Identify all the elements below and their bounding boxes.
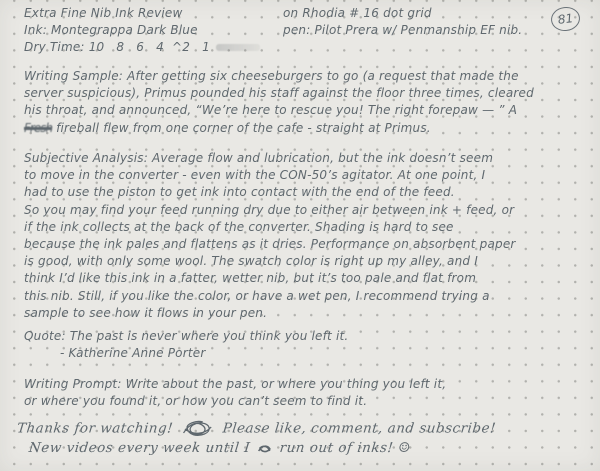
- quote-text: Quote: The past is never where you think…: [24, 328, 348, 345]
- crossed-out-word: Fresh: [24, 121, 52, 135]
- analysis-line: is good, with only some wool. The swatch…: [24, 253, 516, 270]
- prompt-line: or where you found it, or how you can’t …: [24, 393, 446, 410]
- footer-thanks: Thanks for watching!: [16, 421, 174, 437]
- quote-block: Quote: The past is never where you think…: [24, 328, 348, 362]
- footer-line-2: New videos every week until I run out of…: [28, 439, 495, 458]
- header-right: on Rhodia # 16 dot grid pen: Pilot Prera…: [283, 5, 522, 39]
- pen-line: pen: Pilot Prera w/ Penmanship EF nib.: [283, 22, 522, 39]
- footer-run-out: run out of inks! ☺: [279, 440, 412, 456]
- analysis-line: if the ink collects at the back of the c…: [24, 219, 516, 236]
- review-title: Extra Fine Nib Ink Review: [24, 5, 260, 22]
- subjective-analysis-paragraph: Subjective Analysis: Average flow and lu…: [24, 150, 516, 322]
- footer-new-videos: New videos every week until I: [28, 440, 251, 456]
- header-left: Extra Fine Nib Ink Review Ink: Montegrap…: [24, 5, 260, 57]
- ink-name-line: Ink: Montegrappa Dark Blue: [24, 22, 260, 39]
- writing-sample-paragraph: Writing Sample: After getting six cheese…: [24, 68, 534, 137]
- analysis-line: this nib. Still, if you like the color, …: [24, 288, 516, 305]
- page-number-circle: 81: [550, 5, 582, 32]
- writing-prompt-block: Writing Prompt: Write about the past, or…: [24, 376, 446, 410]
- quote-attribution: - Katherine Anne Porter: [60, 345, 348, 362]
- footer-line-1: Thanks for watching! Please like, commen…: [16, 419, 497, 439]
- footer-block: Thanks for watching! Please like, commen…: [14, 419, 497, 458]
- dry-time-values: 10 8 6 4 ^2 1: [89, 40, 210, 54]
- writing-sample-line: Writing Sample: After getting six cheese…: [24, 68, 534, 85]
- analysis-line: So you may find your feed running dry du…: [24, 202, 516, 219]
- writing-sample-line: his throat, and announced, “We’re here t…: [24, 102, 534, 119]
- handwritten-ink-review-page: Extra Fine Nib Ink Review Ink: Montegrap…: [0, 0, 600, 471]
- writing-sample-line: Fresh fireball flew from one corner of t…: [24, 120, 534, 137]
- analysis-line: had to use the piston to get ink into co…: [24, 184, 516, 201]
- footer-please: Please like, comment, and subscribe!: [222, 421, 497, 437]
- analysis-line: because the ink pales and flattens as it…: [24, 236, 516, 253]
- page-number: 81: [557, 11, 574, 27]
- prompt-line: Writing Prompt: Write about the past, or…: [24, 376, 446, 393]
- paper-line: on Rhodia # 16 dot grid: [283, 5, 522, 22]
- analysis-line: think I’d like this ink in a fatter, wet…: [24, 270, 516, 287]
- analysis-line: to move in the converter - even with the…: [24, 167, 516, 184]
- writing-sample-line: server suspicious), Primus pounded his s…: [24, 85, 534, 102]
- dry-time-label: Dry Time:: [24, 40, 85, 54]
- analysis-line: Subjective Analysis: Average flow and lu…: [24, 150, 516, 167]
- dry-time-line: Dry Time: 10 8 6 4 ^2 1: [24, 39, 260, 56]
- ink-smear: [216, 44, 260, 51]
- ink-scribble-small: [257, 444, 272, 454]
- writing-sample-line-end: fireball flew from one corner of the caf…: [52, 121, 431, 135]
- analysis-line: sample to see how it flows in your pen.: [24, 305, 516, 322]
- ink-scribble-blob: [180, 419, 216, 439]
